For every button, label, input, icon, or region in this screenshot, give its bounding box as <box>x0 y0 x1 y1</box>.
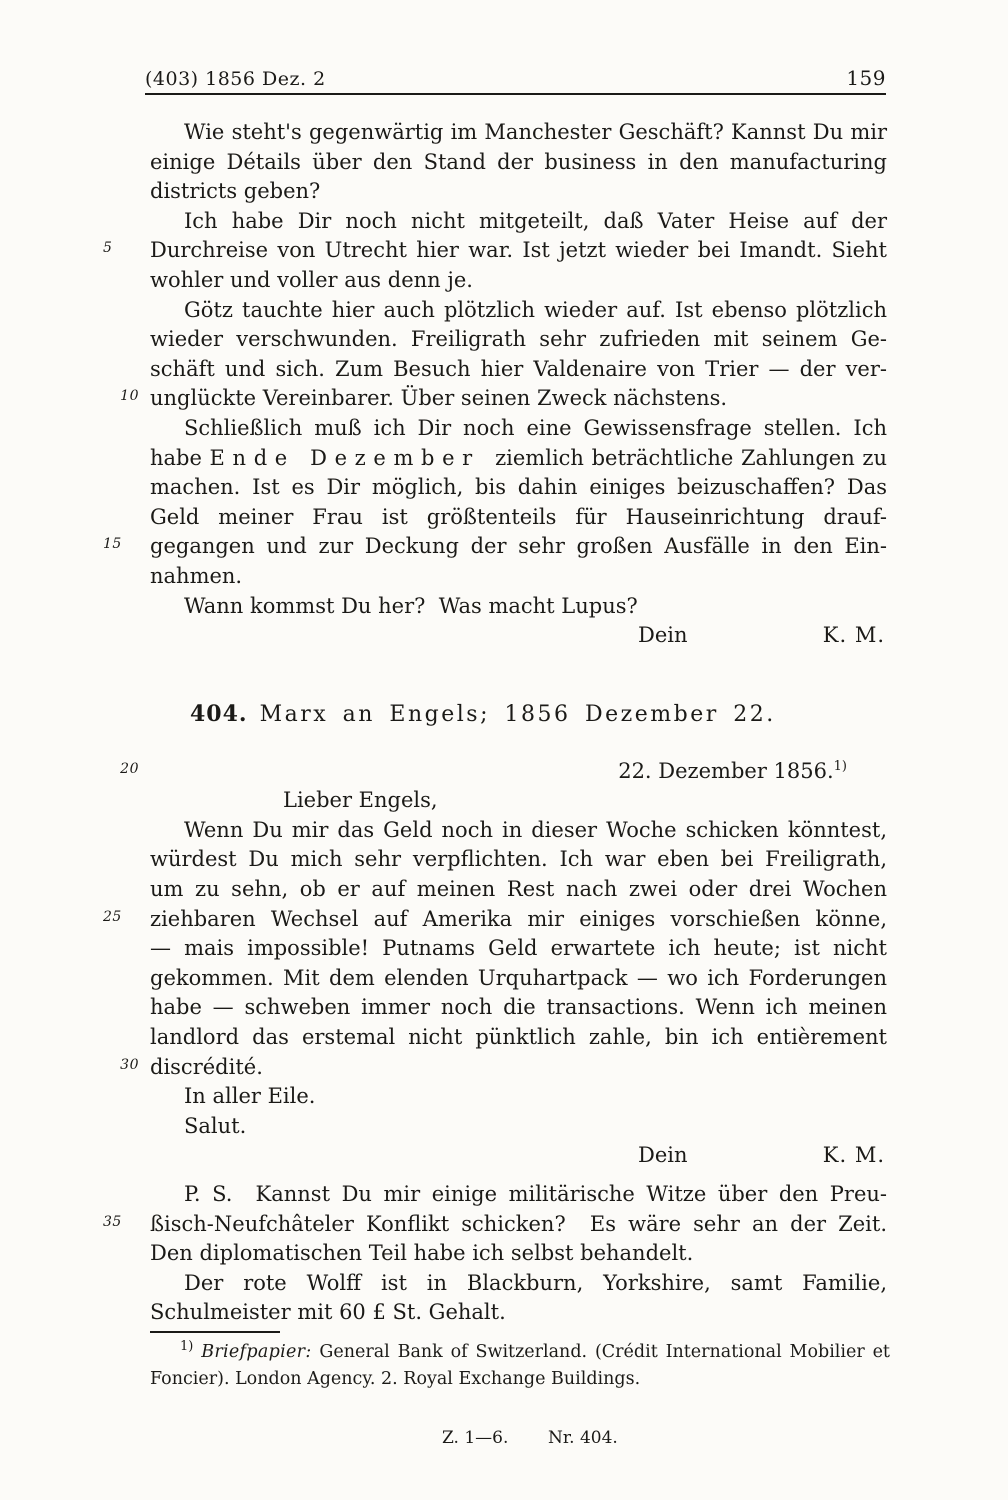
text-line: gekommen. Mit dem elenden Urquhartpack —… <box>150 964 887 994</box>
footnote-block: 1) Briefpapier: General Bank of Switzerl… <box>150 1331 890 1393</box>
footnote-line: Foncier). London Agency. 2. Royal Exchan… <box>150 1366 890 1393</box>
text-line: P. S. Kannst Du mir einige militärische … <box>150 1180 887 1210</box>
line-number: 20 <box>103 762 139 776</box>
letter-number: 404. <box>190 701 248 727</box>
text-line: Salut. <box>150 1112 887 1142</box>
text-line: würdest Du mich sehr verpflichten. Ich w… <box>150 845 887 875</box>
closing-word: Dein <box>638 1141 688 1171</box>
text-line: habe — schweben immer noch die transacti… <box>150 993 887 1023</box>
text-line: Wie steht's gegenwärtig im Manchester Ge… <box>150 118 887 148</box>
text-line: In aller Eile. <box>150 1082 887 1112</box>
text-line: landlord das erstemal nicht pünktlich za… <box>150 1023 887 1053</box>
page-number: 159 <box>846 66 886 90</box>
letter-404-heading: 404.Marx an Engels; 1856 Dezember 22. <box>150 700 887 730</box>
text-line: 10unglückte Vereinbarer. Über seinen Zwe… <box>150 384 887 414</box>
date-text: 22. Dezember 1856. <box>618 759 833 783</box>
text-line: um zu sehn, ob er auf meinen Rest nach z… <box>150 875 887 905</box>
text-line: Ich habe Dir noch nicht mitgeteilt, daß … <box>150 207 887 237</box>
signature-initials: K. M. <box>823 621 885 651</box>
text-line: 15gegangen und zur Deckung der sehr groß… <box>150 532 887 562</box>
line-number: 15 <box>103 537 139 551</box>
text-line: einige Détails über den Stand der busine… <box>150 148 887 178</box>
footnote-rule <box>150 1331 280 1333</box>
text-line: Götz tauchte hier auch plötzlich wieder … <box>150 296 887 326</box>
date-line: 20 22. Dezember 1856.1) <box>150 757 887 787</box>
running-head-left: (403) 1856 Dez. 2 <box>145 68 326 90</box>
signature-initials: K. M. <box>823 1141 885 1171</box>
text-line-content: gegangen und zur Deckung der sehr großen… <box>150 534 887 558</box>
text-line-content: discrédité. <box>150 1055 263 1079</box>
text-line-content: unglückte Vereinbarer. Über seinen Zweck… <box>150 386 727 410</box>
text-line: 5Durchreise von Utrecht hier war. Ist je… <box>150 236 887 266</box>
text-line: Schulmeister mit 60 £ St. Gehalt. <box>150 1298 887 1328</box>
text-line-content: Durchreise von Utrecht hier war. Ist jet… <box>150 238 887 262</box>
text-line: districts geben? <box>150 177 887 207</box>
text-column: Wie steht's gegenwärtig im Manchester Ge… <box>150 118 887 1328</box>
footer-letter-ref: Nr. 404. <box>548 1428 618 1448</box>
text-line: habe E n d e D e z e m b e r ziemlich be… <box>150 444 887 474</box>
book-page: (403) 1856 Dez. 2 159 Wie steht's gegenw… <box>0 0 1008 1500</box>
line-number: 35 <box>103 1215 139 1229</box>
footnote-marker: 1) <box>180 1339 193 1354</box>
text-line: — mais impossible! Putnams Geld erwartet… <box>150 934 887 964</box>
footnote-line: 1) Briefpapier: General Bank of Switzerl… <box>150 1339 890 1366</box>
salutation: Lieber Engels, <box>150 786 887 816</box>
text-line-content: ßisch-Neufchâteler Konflikt schicken? Es… <box>150 1212 887 1236</box>
text-line: 25ziehbaren Wechsel auf Amerika mir eini… <box>150 905 887 935</box>
text-line: Wann kommst Du her? Was macht Lupus? <box>150 592 887 622</box>
text-line: Den diplomatischen Teil habe ich selbst … <box>150 1239 887 1269</box>
page-footer: Z. 1—6. Nr. 404. <box>0 1428 1008 1452</box>
letter-title: Marx an Engels; 1856 Dezember 22. <box>260 702 776 727</box>
text-line: Der rote Wolff ist in Blackburn, Yorkshi… <box>150 1269 887 1299</box>
footnote-reference: 1) <box>834 759 847 774</box>
text-line: 35ßisch-Neufchâteler Konflikt schicken? … <box>150 1210 887 1240</box>
letter-403-signature: Dein K. M. <box>150 621 887 651</box>
footer-lines-ref: Z. 1—6. <box>442 1428 508 1448</box>
text-line: wieder verschwunden. Freiligrath sehr zu… <box>150 325 887 355</box>
line-number: 5 <box>103 241 139 255</box>
letter-404-signature: Dein K. M. <box>150 1141 887 1171</box>
text-line: schäft und sich. Zum Besuch hier Valdena… <box>150 355 887 385</box>
footnote-text: General Bank of Switzerland. (Crédit Int… <box>319 1342 890 1362</box>
text-line: nahmen. <box>150 562 887 592</box>
footnote-label: Briefpapier: <box>201 1342 311 1362</box>
line-number: 10 <box>103 389 139 403</box>
text-line: Geld meiner Frau ist größtenteils für Ha… <box>150 503 887 533</box>
text-line: Schließlich muß ich Dir noch eine Gewiss… <box>150 414 887 444</box>
text-line-content: ziehbaren Wechsel auf Amerika mir einige… <box>150 907 887 931</box>
text-line: Wenn Du mir das Geld noch in dieser Woch… <box>150 816 887 846</box>
text-line: machen. Ist es Dir möglich, bis dahin ei… <box>150 473 887 503</box>
line-number: 25 <box>103 910 139 924</box>
closing-word: Dein <box>638 621 688 651</box>
text-line: 30discrédité. <box>150 1053 887 1083</box>
line-number: 30 <box>103 1058 139 1072</box>
text-line: wohler und voller aus denn je. <box>150 266 887 296</box>
running-head: (403) 1856 Dez. 2 159 <box>145 63 886 95</box>
